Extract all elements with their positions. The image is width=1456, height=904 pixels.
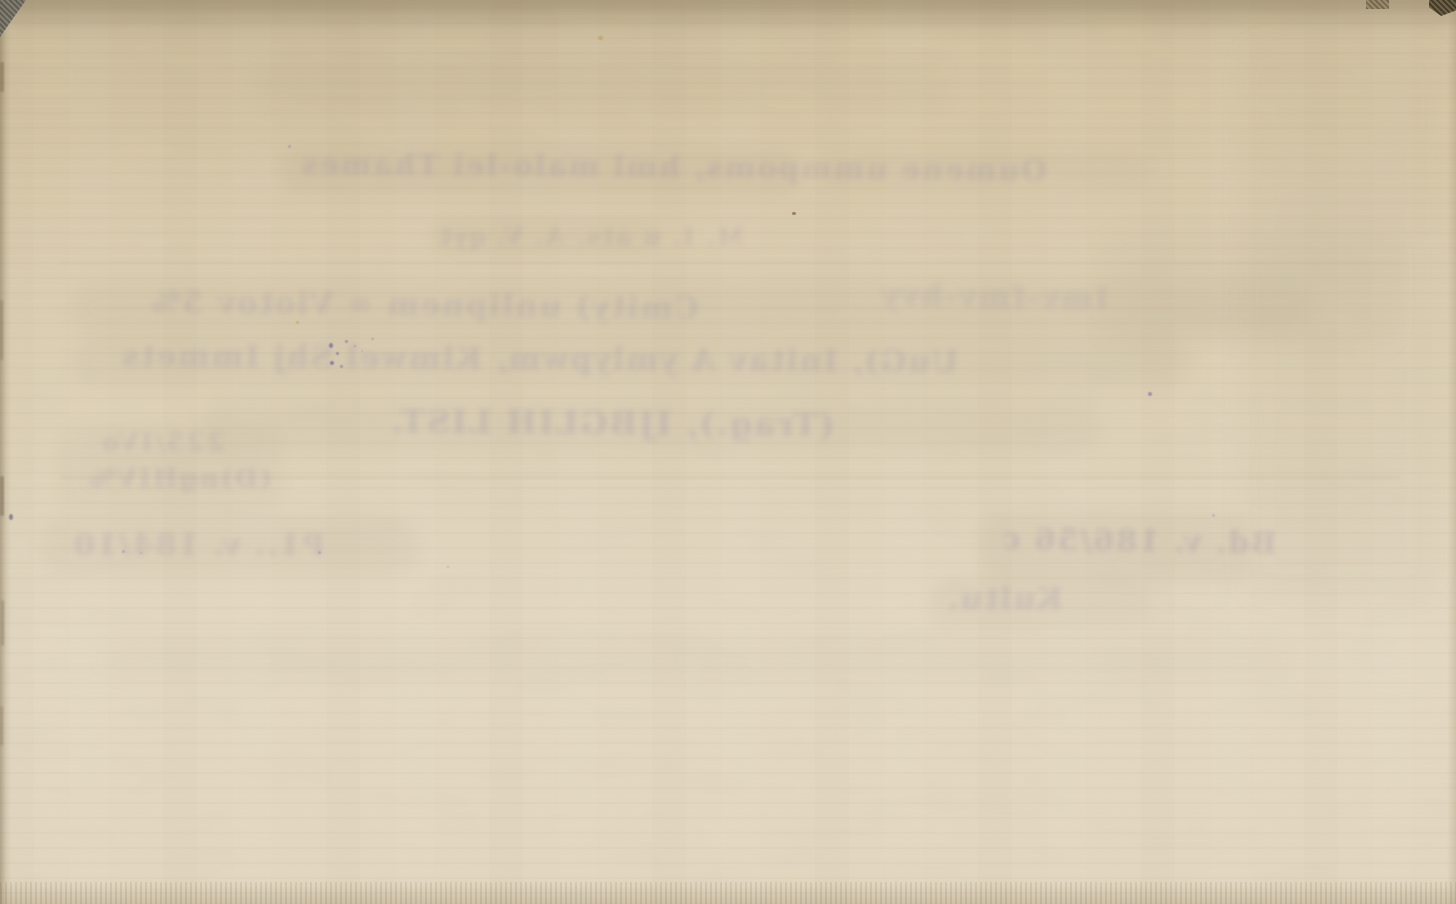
scan-edge-bottom <box>0 882 1456 904</box>
scan-edge-right <box>1447 0 1456 904</box>
scanner-fabric-corner-top-right-small <box>1366 0 1389 9</box>
index-card-verso: Oumene ummpoms, hml malo-lei ThamesM. I.… <box>0 0 1456 904</box>
scan-edge-top <box>0 0 1456 28</box>
paper-grain-texture <box>0 0 1456 904</box>
scan-edge-left <box>0 0 11 904</box>
